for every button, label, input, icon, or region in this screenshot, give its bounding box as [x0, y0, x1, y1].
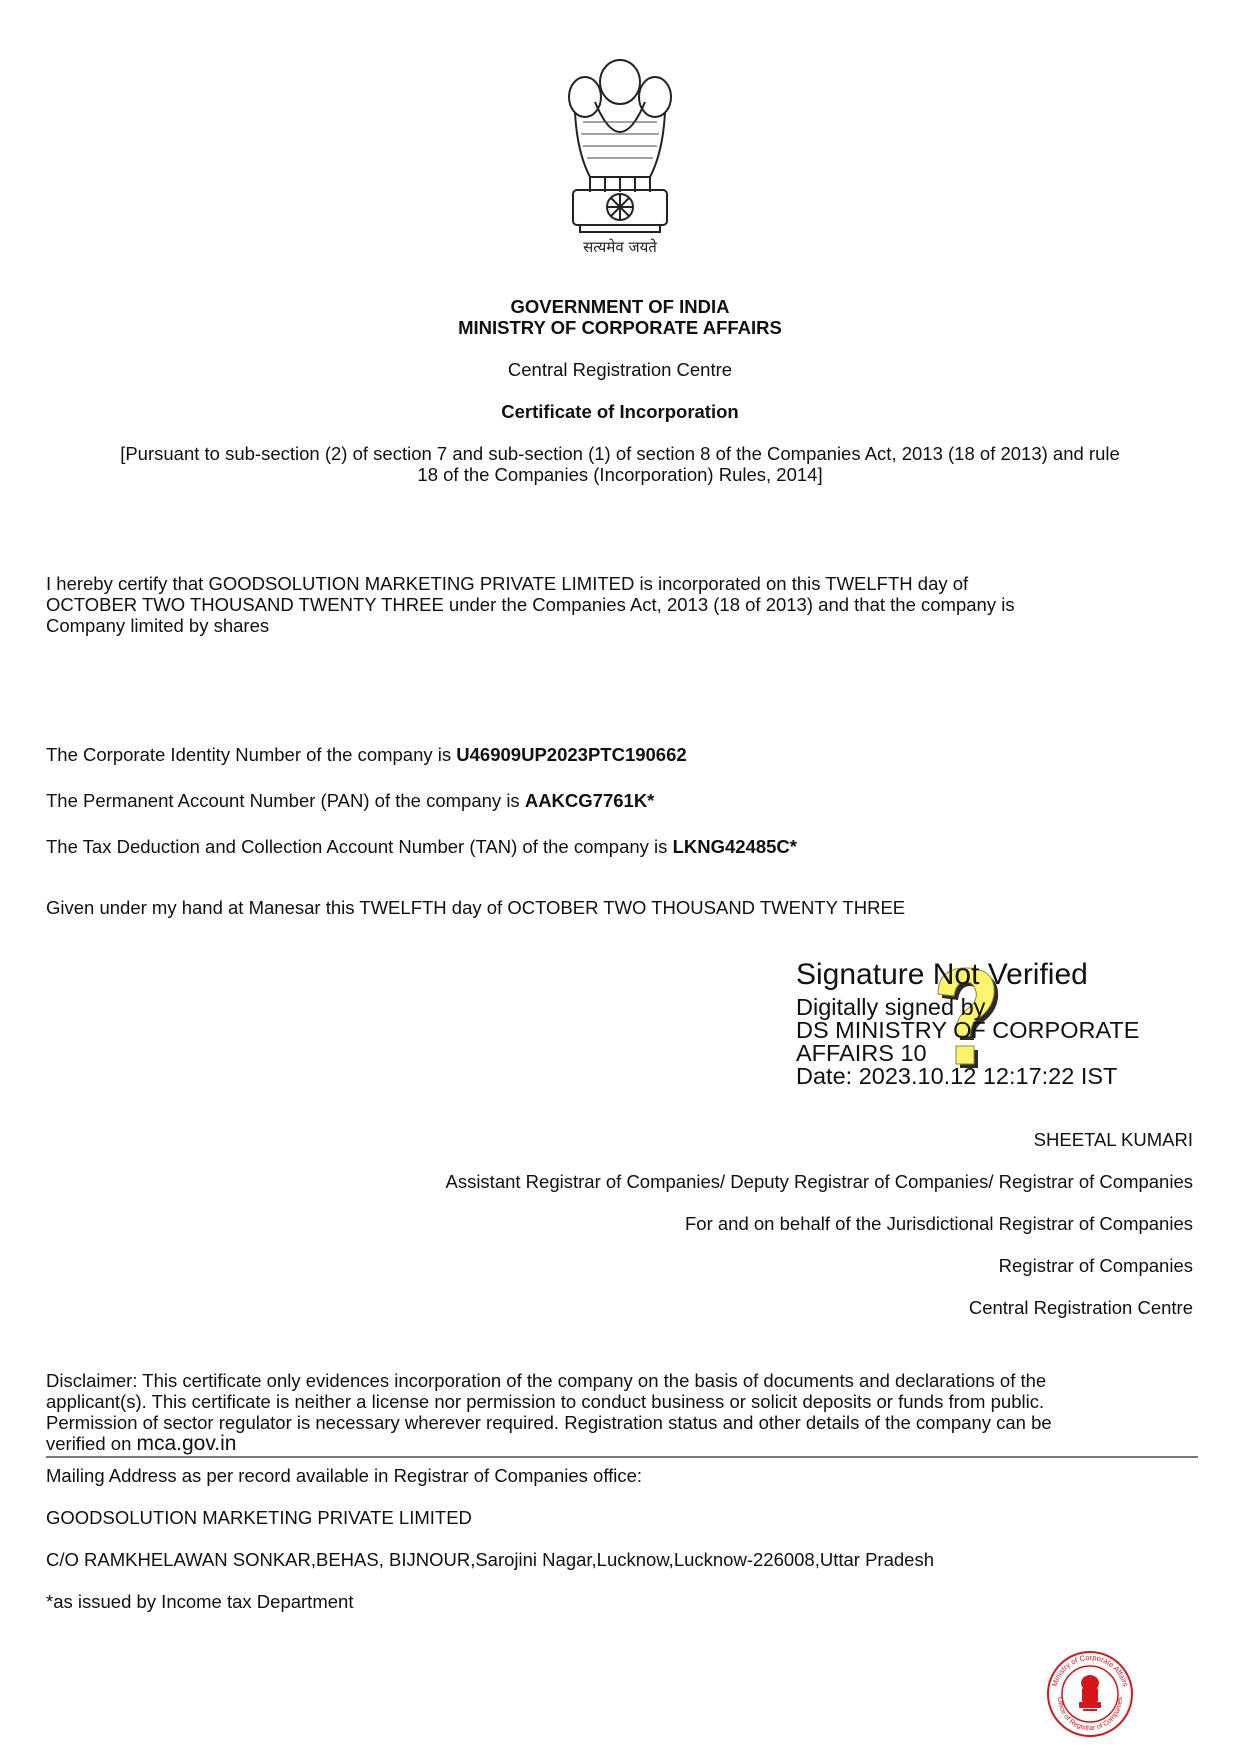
- svg-text:सत्यमेव जयते: सत्यमेव जयते: [583, 238, 657, 256]
- pan-value: AAKCG7761K*: [525, 790, 655, 811]
- certification-line-3: Company limited by shares: [46, 615, 269, 636]
- disclaimer-line-4: verified on mca.gov.in: [46, 1433, 237, 1454]
- certification-line-2: OCTOBER TWO THOUSAND TWENTY THREE under …: [46, 594, 1015, 615]
- mailing-address: C/O RAMKHELAWAN SONKAR,BEHAS, BIJNOUR,Sa…: [46, 1549, 934, 1570]
- mailing-company: GOODSOLUTION MARKETING PRIVATE LIMITED: [46, 1507, 472, 1528]
- pan-line: The Permanent Account Number (PAN) of th…: [46, 790, 654, 811]
- header-centre: Central Registration Centre: [0, 359, 1240, 380]
- tan-label: The Tax Deduction and Collection Account…: [46, 836, 673, 857]
- header-government: GOVERNMENT OF INDIA: [0, 296, 1240, 317]
- cin-line: The Corporate Identity Number of the com…: [46, 744, 687, 765]
- pan-label: The Permanent Account Number (PAN) of th…: [46, 790, 525, 811]
- certificate-title: Certificate of Incorporation: [0, 401, 1240, 422]
- cin-label: The Corporate Identity Number of the com…: [46, 744, 456, 765]
- signatory-designation: Assistant Registrar of Companies/ Deputy…: [445, 1171, 1193, 1192]
- certification-line-1: I hereby certify that GOODSOLUTION MARKE…: [46, 573, 968, 594]
- signature-signer-2: AFFAIRS 10: [796, 1042, 1196, 1065]
- signature-signed-by: Digitally signed by: [796, 996, 1196, 1019]
- footnote: *as issued by Income tax Department: [46, 1591, 353, 1612]
- signature-status: Signature Not Verified: [796, 958, 1196, 992]
- mca-link[interactable]: mca.gov.in: [137, 1432, 237, 1455]
- given-under-hand: Given under my hand at Manesar this TWEL…: [46, 897, 905, 918]
- tan-value: LKNG42485C*: [673, 836, 797, 857]
- pursuant-line-2: 18 of the Companies (Incorporation) Rule…: [0, 464, 1240, 485]
- signatory-behalf: For and on behalf of the Jurisdictional …: [685, 1213, 1193, 1234]
- divider: [46, 1456, 1198, 1458]
- signatory-office: Registrar of Companies: [999, 1255, 1193, 1276]
- disclaimer-line-3: Permission of sector regulator is necess…: [46, 1412, 1052, 1433]
- tan-line: The Tax Deduction and Collection Account…: [46, 836, 797, 857]
- state-emblem-icon: सत्यमेव जयते: [555, 42, 685, 257]
- signature-date: Date: 2023.10.12 12:17:22 IST: [796, 1065, 1196, 1088]
- digital-signature-block[interactable]: Signature Not Verified Digitally signed …: [796, 958, 1196, 1088]
- disclaimer-line-2: applicant(s). This certificate is neithe…: [46, 1391, 1044, 1412]
- mailing-label: Mailing Address as per record available …: [46, 1465, 642, 1486]
- signatory-centre: Central Registration Centre: [969, 1297, 1193, 1318]
- header-ministry: MINISTRY OF CORPORATE AFFAIRS: [0, 317, 1240, 338]
- signature-signer-1: DS MINISTRY OF CORPORATE: [796, 1019, 1196, 1042]
- cin-value: U46909UP2023PTC190662: [456, 744, 686, 765]
- ministry-seal-icon: Ministry of Corporate Affairs Office of …: [1046, 1650, 1134, 1738]
- disclaimer-line-1: Disclaimer: This certificate only eviden…: [46, 1370, 1046, 1391]
- pursuant-line-1: [Pursuant to sub-section (2) of section …: [0, 443, 1240, 464]
- signatory-name: SHEETAL KUMARI: [1034, 1129, 1193, 1150]
- disclaimer-verified-prefix: verified on: [46, 1433, 137, 1454]
